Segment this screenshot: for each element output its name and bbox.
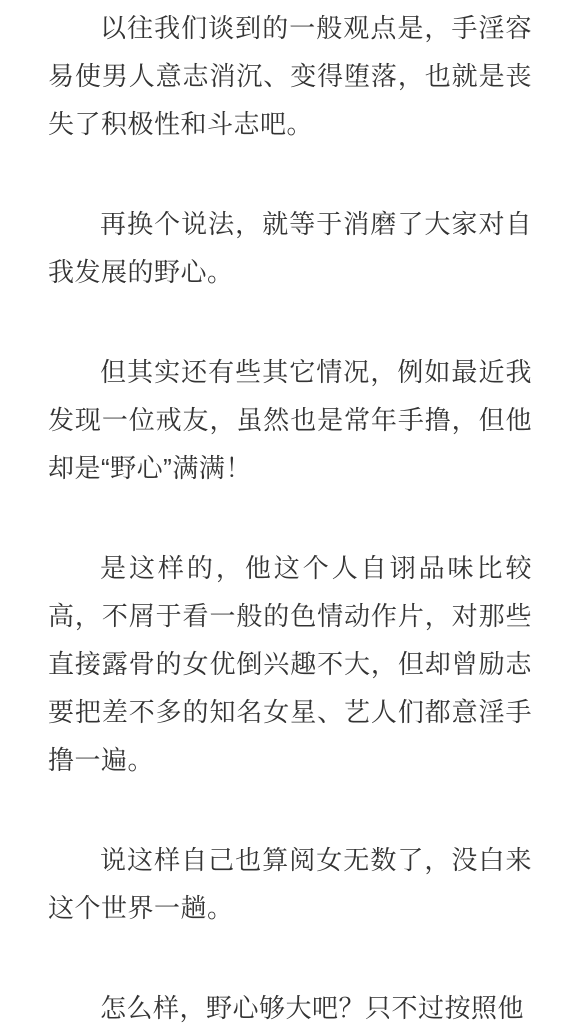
paragraph-2: 再换个说法，就等于消磨了大家对自我发展的野心。 — [48, 200, 532, 296]
paragraph-6: 怎么样，野心够大吧？只不过按照他 — [48, 984, 532, 1029]
paragraph-3: 但其实还有些其它情况，例如最近我发现一位戒友，虽然也是常年手撸，但他却是“野心”… — [48, 348, 532, 492]
paragraph-1: 以往我们谈到的一般观点是，手淫容易使男人意志消沉、变得堕落，也就是丧失了积极性和… — [48, 4, 532, 148]
paragraph-4: 是这样的，他这个人自诩品味比较高，不屑于看一般的色情动作片，对那些直接露骨的女优… — [48, 544, 532, 784]
paragraph-5: 说这样自己也算阅女无数了，没白来这个世界一趟。 — [48, 836, 532, 932]
article-body: 以往我们谈到的一般观点是，手淫容易使男人意志消沉、变得堕落，也就是丧失了积极性和… — [0, 0, 580, 1029]
